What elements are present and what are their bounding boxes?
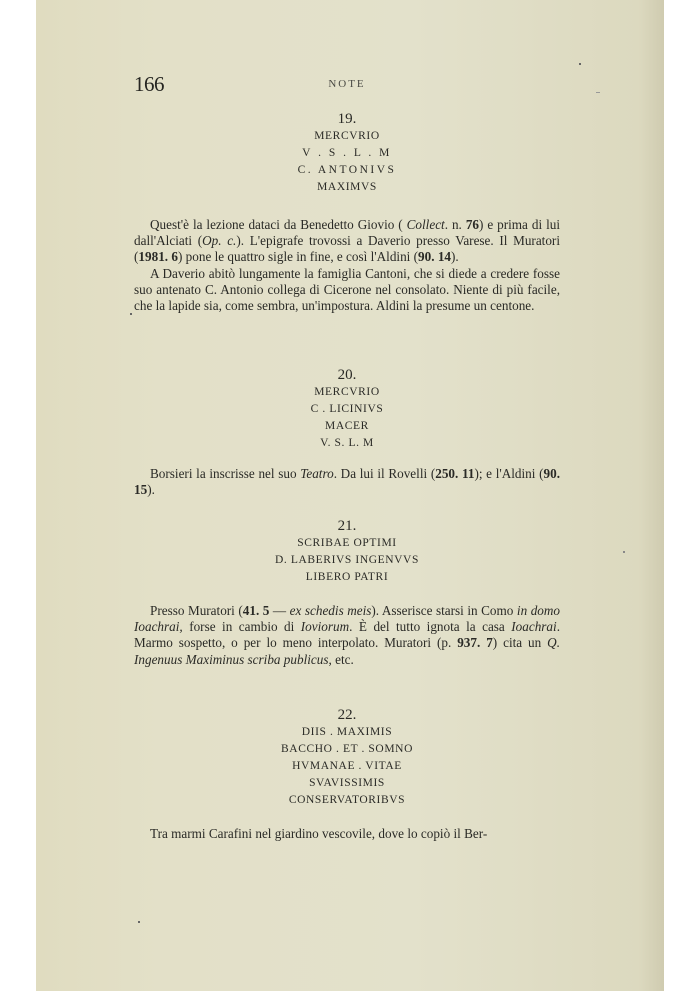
italic-run: Ioviorum bbox=[301, 619, 349, 634]
inscription-line: MAXIMVS bbox=[134, 179, 560, 196]
running-header: 166 NOTE bbox=[134, 72, 560, 96]
italic-run: ex schedis meis bbox=[290, 603, 372, 618]
text-run: ). bbox=[451, 249, 459, 264]
entry-number: 20. bbox=[134, 366, 560, 384]
inscription-line: D. LABERIVS INGENVVS bbox=[134, 552, 560, 569]
text-run: ). bbox=[147, 482, 155, 497]
bold-run: 41. 5 bbox=[243, 603, 270, 618]
text-run: Tra marmi Carafini nel giardino vescovil… bbox=[150, 826, 487, 841]
inscription-line: LIBERO PATRI bbox=[134, 569, 560, 586]
inscription-line: C . LICINIVS bbox=[134, 401, 560, 418]
scan-speck bbox=[138, 921, 140, 923]
entry-number: 21. bbox=[134, 517, 560, 535]
commentary-paragraph: Borsieri la inscrisse nel suo Teatro. Da… bbox=[134, 466, 560, 498]
entry-number: 19. bbox=[134, 110, 560, 128]
scan-speck bbox=[596, 92, 600, 93]
entry-19-commentary: Quest'è la lezione dataci da Benedetto G… bbox=[134, 217, 560, 314]
text-run: ). Asserisce starsi in Como bbox=[371, 603, 517, 618]
bold-run: 90. 14 bbox=[418, 249, 451, 264]
text-run: A Daverio abitò lungamente la famiglia C… bbox=[134, 266, 560, 313]
commentary-paragraph: A Daverio abitò lungamente la famiglia C… bbox=[134, 266, 560, 315]
entry-22-commentary: Tra marmi Carafini nel giardino vescovil… bbox=[134, 826, 560, 842]
commentary-paragraph: Quest'è la lezione dataci da Benedetto G… bbox=[134, 217, 560, 266]
bold-run: 1981. 6 bbox=[138, 249, 178, 264]
scan-speck bbox=[623, 551, 625, 553]
inscription-line: CONSERVATORIBVS bbox=[134, 792, 560, 809]
text-run: . Da lui il Rovelli ( bbox=[334, 466, 436, 481]
italic-run: Ioachrai bbox=[511, 619, 556, 634]
text-run: . n. bbox=[445, 217, 466, 232]
entry-22: 22. DIIS . MAXIMIS BACCHO . ET . SOMNO H… bbox=[134, 706, 560, 809]
commentary-paragraph: Presso Muratori (41. 5 — ex schedis meis… bbox=[134, 603, 560, 668]
text-run: , etc. bbox=[329, 652, 354, 667]
text-run: Borsieri la inscrisse nel suo bbox=[150, 466, 300, 481]
text-run: ) pone le quattro sigle in fine, e così … bbox=[178, 249, 418, 264]
commentary-paragraph: Tra marmi Carafini nel giardino vescovil… bbox=[134, 826, 560, 842]
text-run: Presso Muratori ( bbox=[150, 603, 243, 618]
scan-speck bbox=[579, 63, 581, 65]
italic-run: Op. c. bbox=[202, 233, 236, 248]
text-run: forse in cambio di bbox=[183, 619, 301, 634]
text-run: — bbox=[269, 603, 289, 618]
entry-number: 22. bbox=[134, 706, 560, 724]
inscription-line: MERCVRIO bbox=[134, 384, 560, 401]
entry-21: 21. SCRIBAE OPTIMI D. LABERIVS INGENVVS … bbox=[134, 517, 560, 586]
bold-run: 76 bbox=[466, 217, 479, 232]
inscription-line: C. ANTONIVS bbox=[134, 162, 560, 179]
inscription-line: V. S. L. M bbox=[134, 435, 560, 452]
inscription-line: SCRIBAE OPTIMI bbox=[134, 535, 560, 552]
inscription-line: SVAVISSIMIS bbox=[134, 775, 560, 792]
entry-20-commentary: Borsieri la inscrisse nel suo Teatro. Da… bbox=[134, 466, 560, 498]
italic-run: Collect bbox=[407, 217, 445, 232]
inscription-line: MERCVRIO bbox=[134, 128, 560, 145]
scan-speck bbox=[130, 313, 132, 315]
text-run: ); e l'Aldini ( bbox=[474, 466, 543, 481]
inscription-line: V . S . L . M bbox=[134, 145, 560, 162]
inscription-line: DIIS . MAXIMIS bbox=[134, 724, 560, 741]
entry-21-commentary: Presso Muratori (41. 5 — ex schedis meis… bbox=[134, 603, 560, 668]
bold-run: 937. 7 bbox=[457, 635, 493, 650]
entry-19: 19. MERCVRIO V . S . L . M C. ANTONIVS M… bbox=[134, 110, 560, 196]
text-run: ) cita un bbox=[493, 635, 547, 650]
italic-run: Teatro bbox=[300, 466, 333, 481]
bold-run: 250. 11 bbox=[435, 466, 474, 481]
entry-20: 20. MERCVRIO C . LICINIVS MACER V. S. L.… bbox=[134, 366, 560, 452]
inscription-line: BACCHO . ET . SOMNO bbox=[134, 741, 560, 758]
inscription-line: HVMANAE . VITAE bbox=[134, 758, 560, 775]
text-run: Quest'è la lezione dataci da Benedetto G… bbox=[150, 217, 407, 232]
inscription-line: MACER bbox=[134, 418, 560, 435]
text-run: . È del tutto ignota la casa bbox=[349, 619, 511, 634]
running-title: NOTE bbox=[134, 78, 560, 90]
